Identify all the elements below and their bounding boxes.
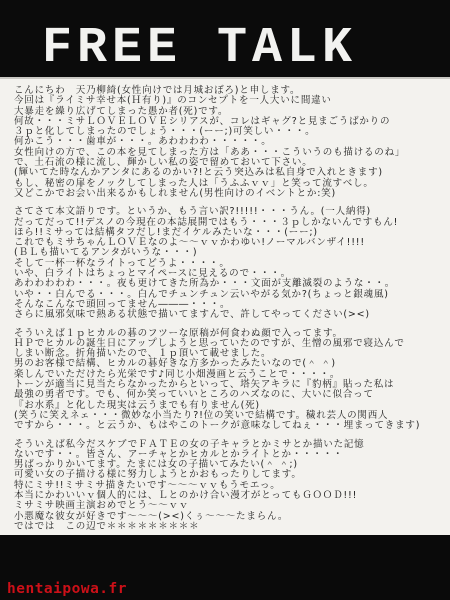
page-header: FREE TALK (0, 0, 450, 79)
page-footer: hentaipowa.fr (0, 535, 450, 600)
page-title: FREE TALK (42, 27, 357, 77)
paragraph-misa-closing: そういえば私今だスケブでＦＡＴＥの女の子キャラとかミサとか描いた記憶 ないです・… (14, 440, 444, 533)
paragraph-intro: こんにちわ 天乃柳綺(女性向けでは月城おぼろ)と申します。 今回は『ライミサ幸せ… (14, 86, 444, 199)
paragraph-hikaru-page: そういえば１ｐヒカルの碁のフツーな原稿が何食わぬ顔で入ってます。 ＨＰでヒカルの… (14, 329, 444, 432)
watermark: hentaipowa.fr (7, 581, 127, 597)
scanned-doujinshi-page: FREE TALK こんにちわ 天乃柳綺(女性向けでは月城おぼろ)と申します。 … (0, 0, 450, 600)
paragraph-story-talk: さてさて本文語りです。というか、もう言い訳?!!!!!・・・うん。(一人納得) … (14, 207, 444, 320)
free-talk-text: こんにちわ 天乃柳綺(女性向けでは月城おぼろ)と申します。 今回は『ライミサ幸せ… (0, 81, 450, 535)
